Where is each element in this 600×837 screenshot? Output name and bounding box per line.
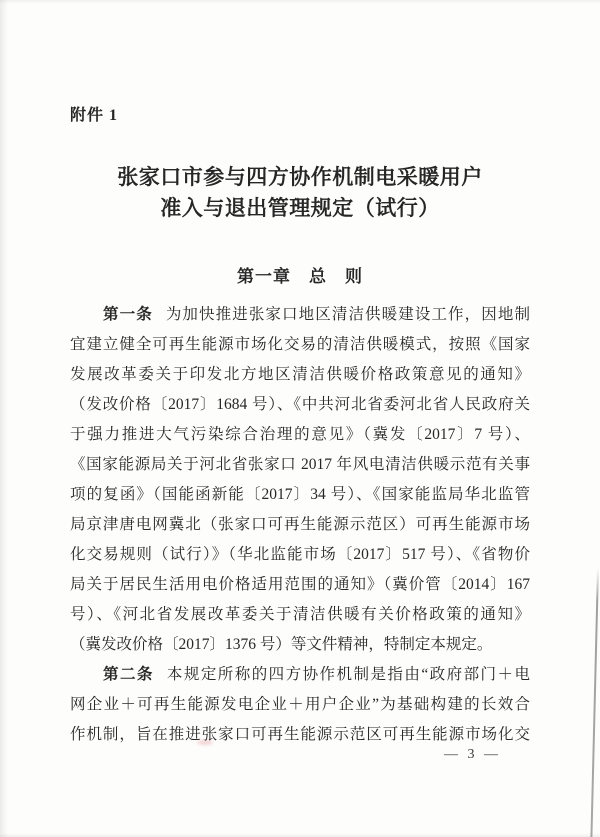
article1-line-7: 项的复函》（国能函新能〔2017〕34 号）、《国家能监局华北监管 (70, 480, 530, 510)
article2-label: 第二条 (103, 666, 154, 683)
scan-edge-top (0, 0, 600, 4)
scan-artifact-smudge (197, 740, 213, 745)
article2-line-1: 第二条本规定所称的四方协作机制是指由“政府部门＋电 (70, 660, 530, 690)
article1-line-11: 号）、《河北省发展改革委关于清洁供暖有关价格政策的通知》 (70, 600, 530, 630)
article1-line-6: 《国家能源局关于河北省张家口 2017 年风电清洁供暖示范有关事 (70, 450, 530, 480)
article1-line-1: 第一条为加快推进张家口地区清洁供暖建设工作，因地制 (70, 300, 530, 330)
chapter-heading: 第一章 总 则 (0, 262, 600, 287)
scan-artifact-line (590, 568, 598, 837)
document-title: 张家口市参与四方协作机制电采暖用户准入与退出管理规定（试行） (0, 162, 600, 224)
article1-line-9: 化交易规则（试行）》（华北监能市场〔2017〕517 号）、《省物价 (70, 540, 530, 570)
article1-label: 第一条 (103, 306, 153, 323)
document-page: 附件 1 张家口市参与四方协作机制电采暖用户准入与退出管理规定（试行） 第一章 … (0, 0, 600, 837)
page-number: — 3 — (444, 747, 501, 763)
article1-line-2: 宜建立健全可再生能源市场化交易的清洁供暖模式，按照《国家 (70, 330, 530, 360)
article1-line-10: 局关于居民生活用电价格适用范围的通知》（冀价管〔2014〕167 (70, 570, 530, 600)
document-body: 第一条为加快推进张家口地区清洁供暖建设工作，因地制 宜建立健全可再生能源市场化交… (70, 300, 530, 750)
article1-line-12: （冀发改价格〔2017〕1376 号）等文件精神，特制定本规定。 (70, 630, 530, 660)
article2-line-2: 网企业＋可再生能源发电企业＋用户企业”为基础构建的长效合 (70, 690, 530, 720)
document-title-line1: 张家口市参与四方协作机制电采暖用户 (0, 162, 600, 193)
article2-line-3: 作机制，旨在推进张家口可再生能源示范区可再生能源市场化交 (70, 720, 530, 750)
article1-line-4: （发改价格〔2017〕1684 号）、《中共河北省委河北省人民政府关 (70, 390, 530, 420)
scan-edge-left (0, 0, 8, 837)
article1-line-8: 局京津唐电网冀北（张家口可再生能源示范区）可再生能源市场 (70, 510, 530, 540)
article2-line-1-text: 本规定所称的四方协作机制是指由“政府部门＋电 (167, 666, 530, 683)
article1-line-1-text: 为加快推进张家口地区清洁供暖建设工作，因地制 (166, 306, 530, 323)
attachment-label: 附件 1 (70, 102, 118, 125)
scan-edge-bottom (0, 833, 600, 837)
article1-line-3: 发展改革委关于印发北方地区清洁供暖价格政策意见的通知》 (70, 360, 530, 390)
article1-line-5: 于强力推进大气污染综合治理的意见》（冀发〔2017〕7 号）、 (70, 420, 530, 450)
document-title-line2: 准入与退出管理规定（试行） (0, 193, 600, 224)
